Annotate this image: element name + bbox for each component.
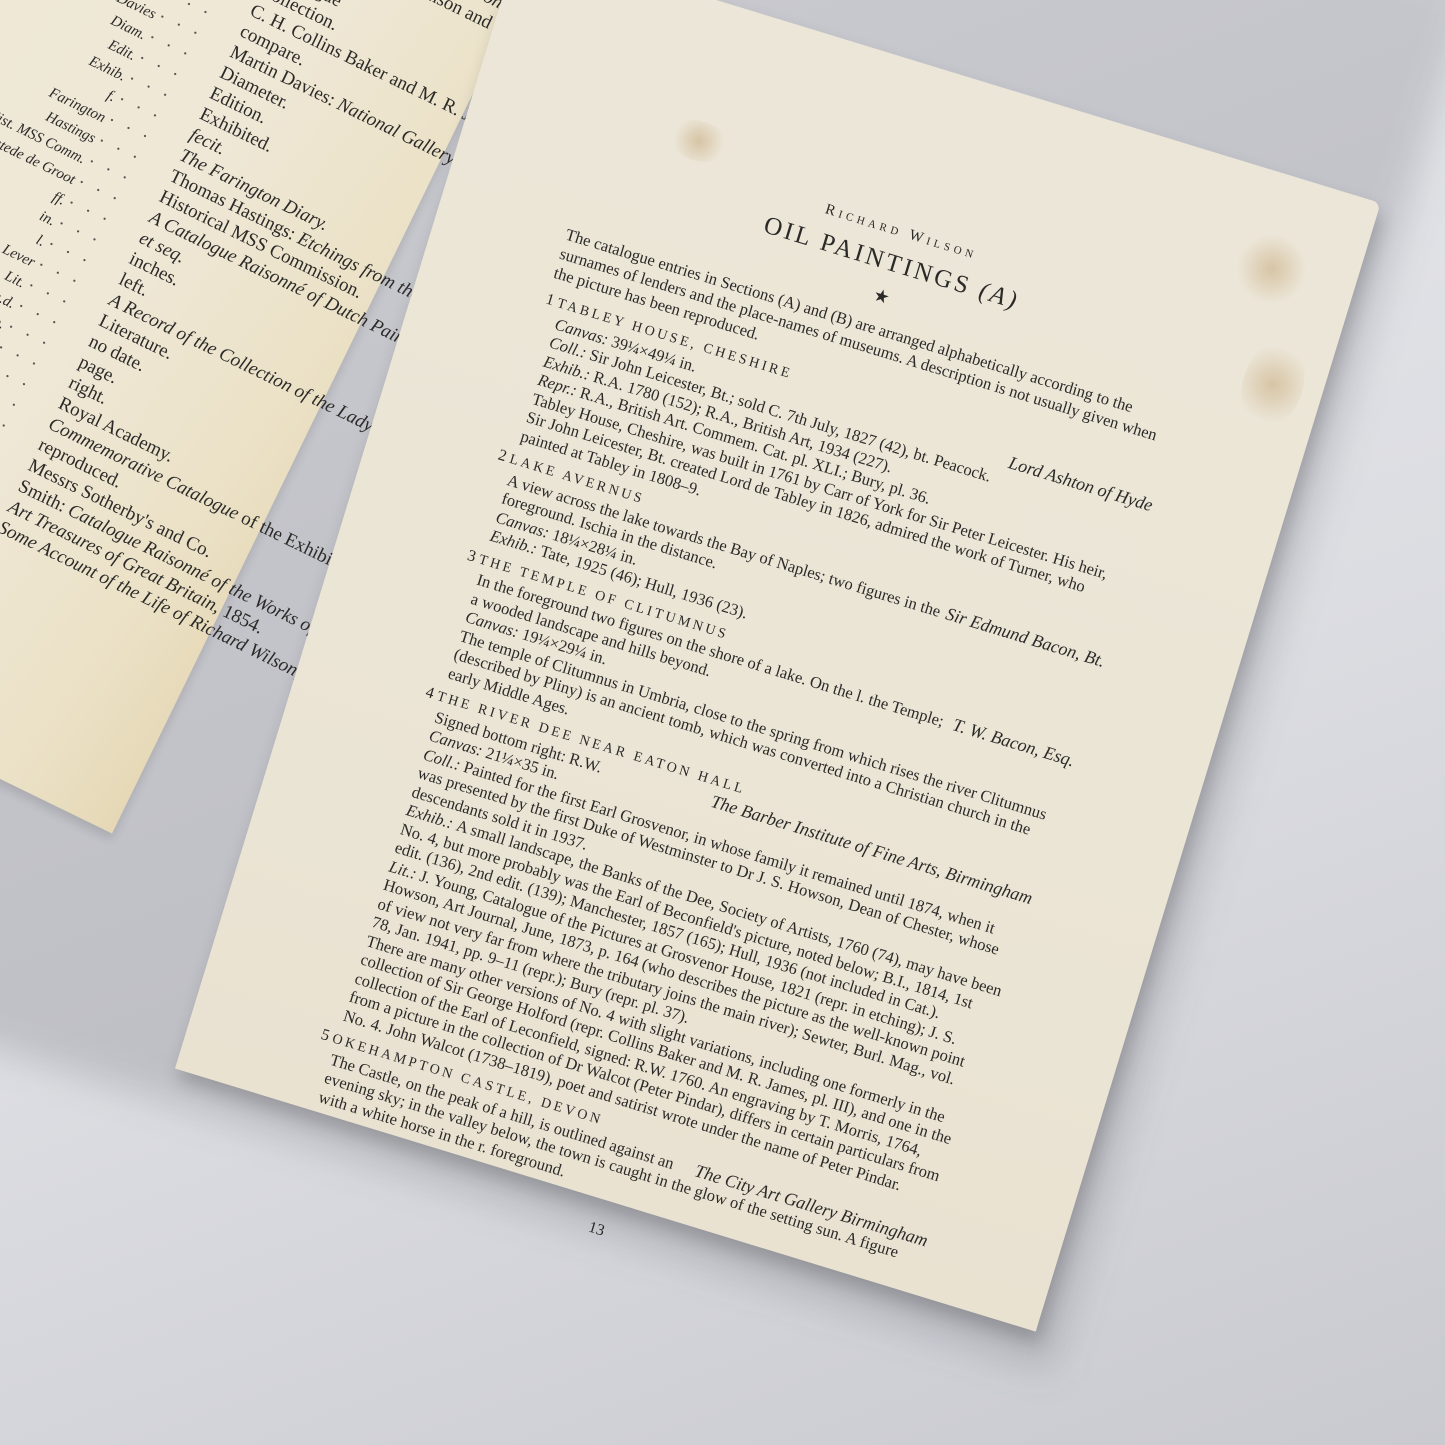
catalogue-entries: 1Tabley House, CheshireLord Ashton of Hy… — [301, 290, 1161, 1288]
page-content: Richard Wilson OIL PAINTINGS (A) ★ The c… — [288, 131, 1210, 1332]
entry-number: 2 — [496, 447, 509, 466]
entry-number: 4 — [424, 684, 437, 703]
entry-number: 5 — [319, 1026, 332, 1045]
section-suffix: (A) — [976, 277, 1023, 315]
entry-number: 3 — [466, 547, 479, 566]
foxing-stain — [1228, 225, 1315, 312]
entry-number: 1 — [544, 291, 557, 310]
foxing-stain — [1231, 333, 1315, 437]
